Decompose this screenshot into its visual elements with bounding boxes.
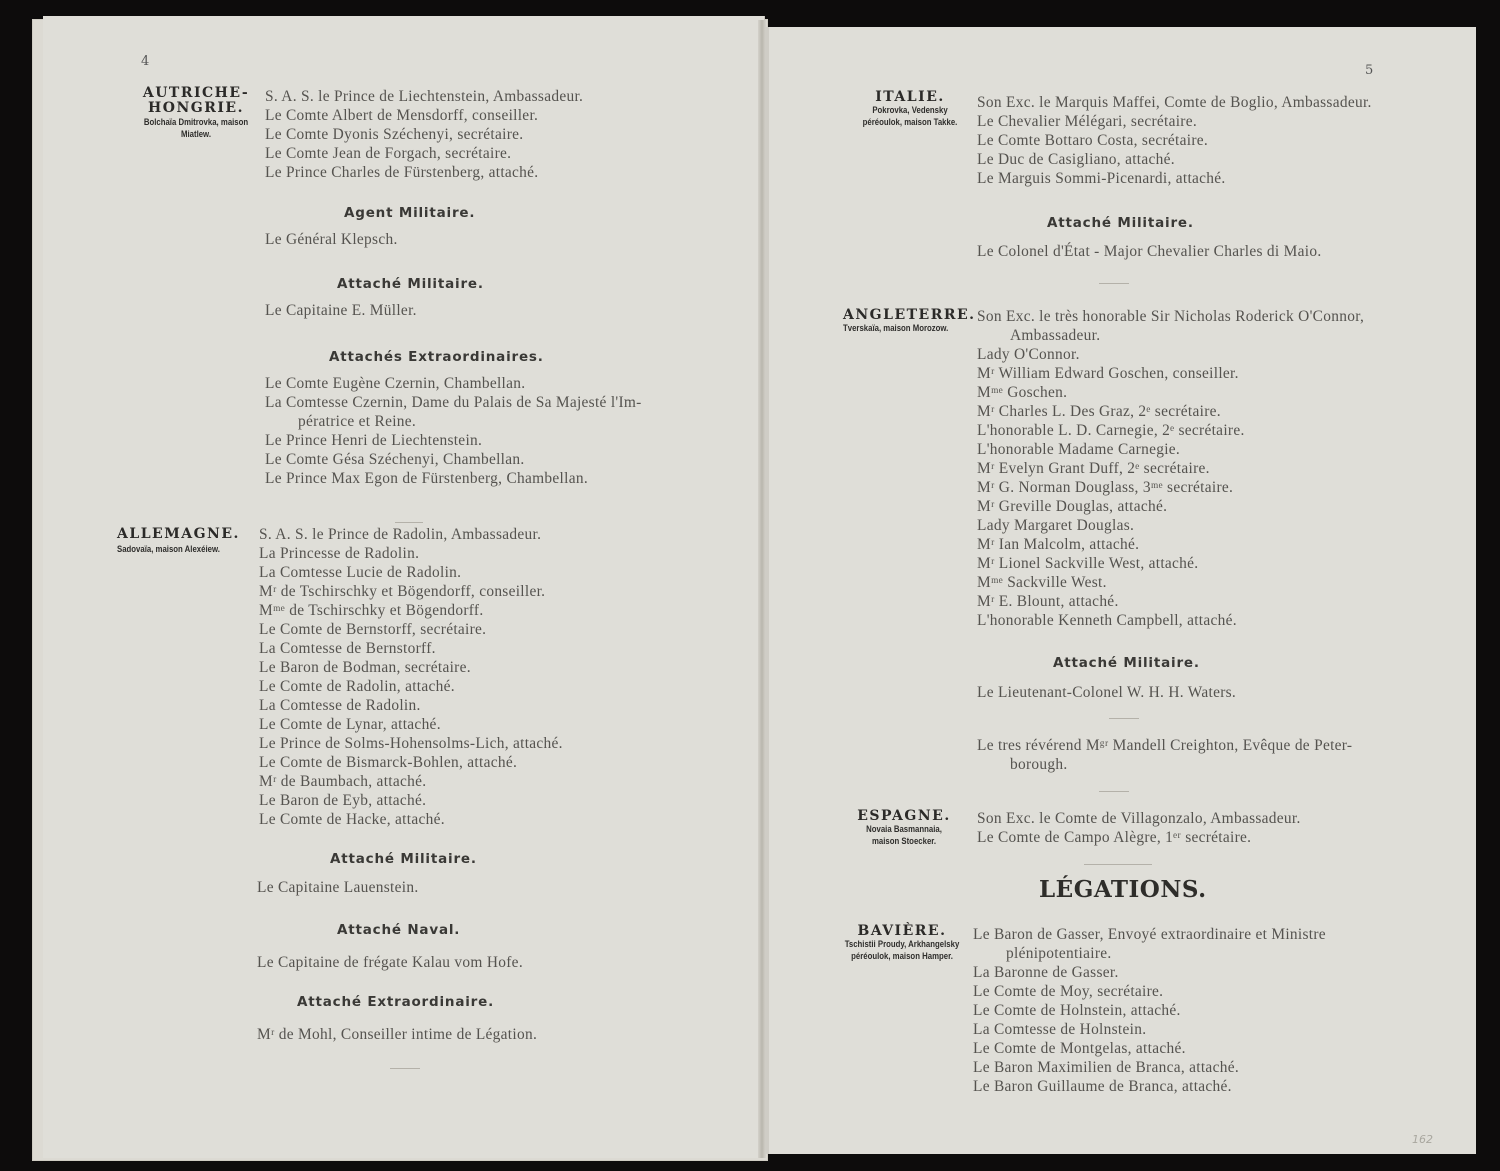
list-item: La Princesse de Radolin. (259, 544, 563, 563)
embassy-address: maison Stoecker. (859, 836, 949, 848)
section-heading: Attaché Extraordinaire. (297, 994, 494, 1010)
list-item: Mʳ de Mohl, Conseiller intime de Légatio… (257, 1025, 537, 1044)
divider (390, 1068, 420, 1069)
italy-staff-list: Son Exc. le Marquis Maffei, Comte de Bog… (977, 93, 1372, 188)
section-heading: Agent Militaire. (344, 205, 475, 221)
list-item: La Baronne de Gasser. (973, 963, 1326, 982)
country-name: ITALIE. (847, 90, 973, 105)
list-item: Le Baron Guillaume de Branca, attaché. (973, 1077, 1326, 1096)
bavaria-staff-list: Le Baron de Gasser, Envoyé extraordinair… (973, 925, 1326, 1096)
list-item: Le Comte de Lynar, attaché. (259, 715, 563, 734)
england-staff-list: Son Exc. le très honorable Sir Nicholas … (977, 307, 1364, 630)
list-item: Le Baron de Bodman, secrétaire. (259, 658, 563, 677)
section-heading: Attaché Militaire. (1047, 215, 1194, 231)
legations-title: LÉGATIONS. (1039, 876, 1207, 903)
page-number: 5 (1365, 63, 1373, 78)
list-item: S. A. S. le Prince de Radolin, Ambassade… (259, 525, 563, 544)
england-chaplain: Le tres révérend Mᵍʳ Mandell Creighton, … (977, 736, 1352, 774)
divider (1084, 864, 1152, 865)
list-item: Le Comte de Campo Alègre, 1ᵉʳ secrétaire… (977, 828, 1301, 847)
country-name: HONGRIE. (133, 101, 259, 116)
page-left: 4 AUTRICHE- HONGRIE. Bolchaïa Dmitrovka,… (43, 16, 765, 1158)
list-item: Le Prince de Solms-Hohensolms-Lich, atta… (259, 734, 563, 753)
list-item: borough. (977, 755, 1352, 774)
section-heading: Attaché Militaire. (1053, 655, 1200, 671)
list-item: Le Baron de Gasser, Envoyé extraordinair… (973, 925, 1326, 944)
country-bavaria: BAVIÈRE. Tschistii Proudy, Arkhangelsky … (827, 924, 977, 963)
country-name: AUTRICHE- (133, 86, 259, 101)
list-item: Mʳ Charles L. Des Graz, 2ᵉ secrétaire. (977, 402, 1364, 421)
list-item: pératrice et Reine. (265, 412, 642, 431)
embassy-address: péréoulok, maison Takke. (858, 117, 961, 129)
list-item: Mᵐᵉ Sackville West. (977, 573, 1364, 592)
list-item: La Comtesse Lucie de Radolin. (259, 563, 563, 582)
section-heading: Attaché Militaire. (330, 851, 477, 867)
list-item: Le Capitaine de frégate Kalau vom Hofe. (257, 953, 523, 972)
list-item: Le Général Klepsch. (265, 230, 398, 249)
list-item: Le Baron Maximilien de Branca, attaché. (973, 1058, 1326, 1077)
list-item: Mʳ Evelyn Grant Duff, 2ᵉ secrétaire. (977, 459, 1364, 478)
page-number: 4 (141, 54, 149, 69)
list-item: Le Chevalier Mélégari, secrétaire. (977, 112, 1372, 131)
list-item: Le Baron de Eyb, attaché. (259, 791, 563, 810)
list-item: Mᵐᵉ de Tschirschky et Bögendorff. (259, 601, 563, 620)
list-item: plénipotentiaire. (973, 944, 1326, 963)
list-item: Mʳ de Baumbach, attaché. (259, 772, 563, 791)
page-right: 5 ITALIE. Pokrovka, Vedensky péréoulok, … (765, 27, 1476, 1154)
divider (1109, 718, 1139, 719)
list-item: Mʳ de Tschirschky et Bögendorff, conseil… (259, 582, 563, 601)
section-heading: Attaché Naval. (337, 922, 460, 938)
list-item: Le Prince Max Egon de Fürstenberg, Chamb… (265, 469, 642, 488)
list-item: Mʳ William Edward Goschen, conseiller. (977, 364, 1364, 383)
country-name: ALLEMAGNE. (117, 527, 267, 542)
list-item: Mʳ Greville Douglas, attaché. (977, 497, 1364, 516)
list-item: Le Marguis Sommi-Picenardi, attaché. (977, 169, 1372, 188)
list-item: Le Lieutenant-Colonel W. H. H. Waters. (977, 683, 1236, 702)
list-item: Mʳ Lionel Sackville West, attaché. (977, 554, 1364, 573)
austria-extraordinary-list: Le Comte Eugène Czernin, Chambellan. La … (265, 374, 642, 488)
country-italy: ITALIE. Pokrovka, Vedensky péréoulok, ma… (847, 90, 973, 129)
list-item: Le Comte Albert de Mensdorff, conseiller… (265, 106, 583, 125)
pencil-annotation: 162 (1412, 1133, 1433, 1146)
list-item: Le Duc de Casigliano, attaché. (977, 150, 1372, 169)
list-item: Le Comte de Bismarck-Bohlen, attaché. (259, 753, 563, 772)
list-item: Le tres révérend Mᵍʳ Mandell Creighton, … (977, 736, 1352, 755)
list-item: Lady O'Connor. (977, 345, 1364, 364)
list-item: Le Prince Charles de Fürstenberg, attach… (265, 163, 583, 182)
country-england: ANGLETERRE. Tverskaïa, maison Morozow. (843, 308, 983, 335)
list-item: Mᵐᵉ Goschen. (977, 383, 1364, 402)
list-item: La Comtesse de Holnstein. (973, 1020, 1326, 1039)
list-item: Mʳ G. Norman Douglass, 3ᵐᵉ secrétaire. (977, 478, 1364, 497)
list-item: La Comtesse Czernin, Dame du Palais de S… (265, 393, 642, 412)
list-item: Le Comte de Moy, secrétaire. (973, 982, 1326, 1001)
list-item: Son Exc. le Comte de Villagonzalo, Ambas… (977, 809, 1301, 828)
embassy-address: Sadovaïa, maison Alexéiew. (117, 544, 240, 556)
embassy-address: Miatlew. (144, 129, 247, 141)
list-item: Le Comte de Hacke, attaché. (259, 810, 563, 829)
list-item: L'honorable Madame Carnegie. (977, 440, 1364, 459)
list-item: Le Comte de Holnstein, attaché. (973, 1001, 1326, 1020)
list-item: Son Exc. le très honorable Sir Nicholas … (977, 307, 1364, 326)
embassy-address: Tverskaïa, maison Morozow. (843, 323, 958, 335)
divider (1099, 791, 1129, 792)
list-item: Le Capitaine Lauenstein. (257, 878, 418, 897)
embassy-address: péréoulok, maison Hamper. (841, 951, 964, 963)
list-item: Le Comte de Montgelas, attaché. (973, 1039, 1326, 1058)
germany-staff-list: S. A. S. le Prince de Radolin, Ambassade… (259, 525, 563, 829)
list-item: L'honorable Kenneth Campbell, attaché. (977, 611, 1364, 630)
austria-staff-list: S. A. S. le Prince de Liechtenstein, Amb… (265, 87, 583, 182)
section-heading: Attaché Militaire. (337, 276, 484, 292)
list-item: Le Comte Eugène Czernin, Chambellan. (265, 374, 642, 393)
country-name: ESPAGNE. (849, 809, 959, 824)
divider (395, 522, 423, 523)
list-item: Le Comte Dyonis Széchenyi, secrétaire. (265, 125, 583, 144)
list-item: Le Comte Gésa Széchenyi, Chambellan. (265, 450, 642, 469)
embassy-address: Tschistii Proudy, Arkhangelsky (841, 939, 964, 951)
list-item: Le Comte de Bernstorff, secrétaire. (259, 620, 563, 639)
list-item: La Comtesse de Radolin. (259, 696, 563, 715)
section-heading: Attachés Extraordinaires. (329, 349, 544, 365)
list-item: Le Capitaine E. Müller. (265, 301, 417, 320)
list-item: Le Comte Bottaro Costa, secrétaire. (977, 131, 1372, 150)
list-item: Le Comte de Radolin, attaché. (259, 677, 563, 696)
spain-staff-list: Son Exc. le Comte de Villagonzalo, Ambas… (977, 809, 1301, 847)
country-spain: ESPAGNE. Novaia Basmannaia, maison Stoec… (849, 809, 959, 848)
list-item: Mʳ E. Blount, attaché. (977, 592, 1364, 611)
country-name: BAVIÈRE. (827, 924, 977, 939)
list-item: L'honorable L. D. Carnegie, 2ᵉ secrétair… (977, 421, 1364, 440)
list-item: Le Comte Jean de Forgach, secrétaire. (265, 144, 583, 163)
divider (1099, 283, 1129, 284)
list-item: Le Prince Henri de Liechtenstein. (265, 431, 642, 450)
country-austria-hungary: AUTRICHE- HONGRIE. Bolchaïa Dmitrovka, m… (133, 86, 259, 141)
embassy-address: Novaia Basmannaia, (859, 824, 949, 836)
list-item: La Comtesse de Bernstorff. (259, 639, 563, 658)
country-name: ANGLETERRE. (843, 308, 983, 323)
list-item: Ambassadeur. (977, 326, 1364, 345)
list-item: S. A. S. le Prince de Liechtenstein, Amb… (265, 87, 583, 106)
list-item: Le Colonel d'État - Major Chevalier Char… (977, 242, 1321, 261)
list-item: Son Exc. le Marquis Maffei, Comte de Bog… (977, 93, 1372, 112)
country-germany: ALLEMAGNE. Sadovaïa, maison Alexéiew. (117, 527, 267, 556)
embassy-address: Bolchaïa Dmitrovka, maison (135, 117, 258, 129)
list-item: Lady Margaret Douglas. (977, 516, 1364, 535)
embassy-address: Pokrovka, Vedensky (858, 105, 961, 117)
list-item: Mʳ Ian Malcolm, attaché. (977, 535, 1364, 554)
